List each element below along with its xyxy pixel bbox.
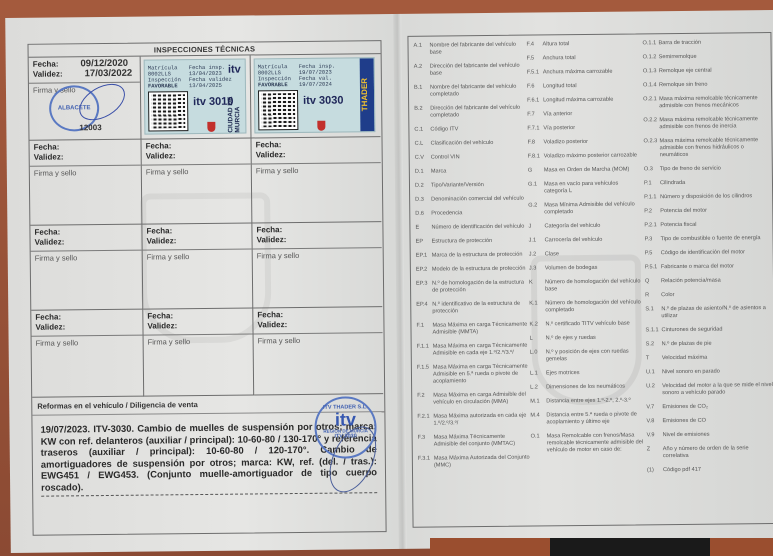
legend-description: Código ITV [430, 126, 526, 134]
validez-label: Validez: [147, 321, 177, 331]
legend-code: D.1 [415, 169, 431, 176]
legend-code: L.0 [530, 349, 546, 363]
legend-item: ENúmero de identificación del vehículo [415, 224, 527, 232]
legend-code: F.8 [528, 139, 544, 146]
legend-item: F.1.5Masa Máxima en carga Técnicamente A… [417, 364, 529, 386]
validez-row: Validez: [34, 152, 137, 163]
legend-description: Vía anterior [543, 110, 642, 118]
legend-item: S.1.1Cinturones de seguridad [645, 326, 773, 334]
legend-item: S.1N.º de plazas de asiento/N.º de asien… [645, 305, 773, 320]
legend-item: P.2Potencia del motor [644, 207, 772, 215]
legend-code: S.1.1 [645, 327, 661, 334]
legend-code: F.8.1 [528, 153, 544, 160]
legend-description: Semirremolque [659, 53, 771, 61]
legend-item: F.2.1Masa Máxima autorizada en cada eje … [417, 413, 529, 428]
itv-logo-icon: itv 3030 [303, 95, 343, 107]
firma-label: Firma y sello [142, 164, 251, 178]
legend-column-3: O.1.1Barra de tracciónO.1.2Semirremolque… [642, 39, 773, 481]
legend-code: (1) [647, 467, 663, 474]
legend-item: D.6Procedencia [415, 210, 527, 218]
legend-description: N.º de homologación de la estructura de … [432, 280, 528, 295]
legend-description: Distancia entre ejes 1.º-2.º, 2.º-3.º [546, 397, 645, 405]
legend-code: O.2.3 [644, 138, 660, 159]
legend-item: RColor [645, 291, 773, 299]
legend-description: Masa Máxima en carga Técnicamente Admisi… [433, 364, 529, 386]
legend-code: F.1.1 [417, 344, 433, 358]
sticker-brand: THADER [360, 58, 375, 131]
legend-code: EP.1 [416, 253, 432, 260]
legend-item: V.8Emisiones de CO [646, 417, 773, 425]
legend-item: U.2Velocidad del motor a la que se mide … [646, 382, 773, 397]
legend-item: B.2Dirección del fabricante del vehículo… [414, 105, 526, 120]
legend-description: Masa Máxima Técnicamente Admisible del c… [434, 434, 530, 449]
legend-description: Número y disposición de los cilindros [660, 193, 772, 201]
validez-row: Validez:17/03/2022 [33, 69, 136, 80]
legend-code: D.3 [415, 197, 431, 204]
legend-description: Masa Máxima en carga Técnicamente Admisi… [433, 343, 529, 358]
legend-code: B.2 [414, 106, 430, 120]
legend-description: Modelo de la estructura de protección [432, 266, 528, 274]
legend-item: F.1Masa Máxima en carga Técnicamente Adm… [416, 322, 528, 337]
fecha-label: Fecha: [146, 141, 172, 151]
legend-item: L.0N.º y posición de ejes con ruedas gem… [530, 348, 645, 363]
legend-description: Voladizo posterior [544, 138, 643, 146]
legend-description: Marca de la estructura de protección [432, 252, 528, 260]
legend-description: Tipo de freno de servicio [660, 165, 772, 173]
legend-code: G.2 [528, 202, 544, 216]
legend-item: F.5.1Anchura máxima carrozable [527, 68, 642, 76]
legend-description: Velocidad del motor a la que se mide el … [662, 382, 773, 397]
legend-code: EP.3 [416, 281, 432, 295]
legend-item: C.LClasificación del vehículo [415, 140, 527, 148]
legend-description: Emisiones de CO [662, 417, 773, 425]
itv-inspection-sticker: Matrícula8002LLSInspecciónFAVORABLEFecha… [254, 57, 376, 133]
legend-item: F.7.1Vía posterior [527, 124, 642, 132]
legend-description: Número de homologación del vehículo base [545, 278, 644, 293]
dashed-line [41, 492, 377, 497]
legend-code: O.1.1 [642, 40, 658, 47]
legend-code: Q [645, 278, 661, 285]
legend-code: O.1.4 [643, 82, 659, 89]
legend-item: C.1Código ITV [414, 126, 526, 134]
murcia-crest-icon [317, 121, 325, 131]
date-fields: Fecha:Validez: [30, 225, 141, 252]
inspection-cell: Fecha:Validez:Firma y sello [253, 307, 383, 395]
validez-label: Validez: [35, 237, 65, 247]
legend-item: O.2.1Masa máxima remolcable técnicamente… [643, 95, 771, 110]
date-fields: Fecha:Validez: [142, 223, 251, 250]
legend-item: M.4Distancia entre 5.ª rueda o pivote de… [530, 411, 645, 426]
legend-code: J [528, 223, 544, 230]
legend-description: Número de identificación del vehículo [431, 224, 527, 232]
legend-code: A.2 [414, 64, 430, 78]
legend-description: Categoría del vehículo [544, 222, 643, 230]
validez-row: Validez: [147, 321, 248, 332]
legend-item: P.2.1Potencia fiscal [644, 221, 772, 229]
legend-item: C.VControl VIN [415, 154, 527, 162]
validez-label: Validez: [35, 322, 65, 332]
legend-description: Relación potencia/masa [661, 277, 773, 285]
inspections-grid: Fecha:09/12/2020Validez:17/03/2022Firma … [29, 54, 385, 398]
legend-description: N.º certificado TITV vehículo base [545, 320, 644, 328]
legend-code: G.1 [528, 181, 544, 195]
legend-code: P.1 [644, 180, 660, 187]
legend-code: Z [647, 446, 663, 460]
date-fields: Fecha:Validez: [252, 222, 381, 249]
legend-code: M.1 [530, 398, 546, 405]
firma-label: Firma y sello [143, 249, 252, 263]
legend-description: Masa máxima remolcable técnicamente admi… [660, 137, 772, 159]
legend-code: J.2 [529, 251, 545, 258]
legend-item: D.3Denominación comercial del vehículo [415, 196, 527, 204]
legend-item: KNúmero de homologación del vehículo bas… [529, 278, 644, 293]
legend-item: O.2.2Masa máxima remolcable técnicamente… [643, 116, 771, 131]
reformas-section: Reformas en el vehículo / Diligencia de … [32, 394, 385, 537]
table-object [550, 538, 710, 556]
validez-row: Validez: [257, 234, 378, 245]
legend-code: O.1.3 [643, 68, 659, 75]
legend-item: V.9Nivel de emisiones [647, 431, 773, 439]
legend-description: Anchura total [543, 54, 642, 62]
legend-code: K.1 [529, 300, 545, 314]
validez-row: Validez: [35, 237, 138, 248]
legend-item: O.1.2Semirremolque [643, 53, 771, 61]
legend-column-2: F.4Altura totalF.5Anchura totalF.5.1Anch… [526, 40, 645, 461]
legend-description: Potencia del motor [660, 207, 772, 215]
fecha-label: Fecha: [257, 310, 283, 320]
legend-description: Altura total [542, 40, 641, 48]
validez-label: Validez: [256, 150, 286, 160]
legend-item: GMasa en Orden de Marcha (MOM) [528, 166, 643, 174]
legend-item: F.2Masa Máxima en carga Admisible del ve… [417, 392, 529, 407]
legend-item: O.1.3Remolque eje central [643, 67, 771, 75]
legend-item: O.1.1Barra de tracción [642, 39, 770, 47]
legend-code: V.8 [646, 418, 662, 425]
legend-description: Nombre del fabricante del vehículo compl… [430, 84, 526, 99]
legend-item: QRelación potencia/masa [645, 277, 773, 285]
validez-label: Validez: [34, 152, 64, 162]
legend-description: Velocidad máxima [662, 354, 773, 362]
legend-code: A.1 [414, 43, 430, 57]
validez-label: Validez: [33, 69, 63, 79]
validez-label: Validez: [257, 235, 287, 245]
legend-description: Cilindrada [660, 179, 772, 187]
legend-item: P.5Código de identificación del motor [645, 249, 773, 257]
validez-value: 17/03/2022 [85, 69, 133, 79]
legend-item: O.1.4Remolque sin freno [643, 81, 771, 89]
legend-code: P.1.1 [644, 194, 660, 201]
fields-legend-page: A.1Nombre del fabricante del vehículo ba… [407, 32, 773, 528]
legend-item: F.7Vía anterior [527, 110, 642, 118]
inspection-cell: Fecha:Validez:Firma y sello [251, 137, 381, 223]
legend-code: K.2 [529, 321, 545, 328]
murcia-crest-icon [207, 122, 215, 132]
legend-description: Número de homologación del vehículo comp… [545, 299, 644, 314]
inspection-cell: Fecha:09/12/2020Validez:17/03/2022Firma … [29, 57, 142, 141]
legend-description: Dirección del fabricante del vehículo ba… [430, 63, 526, 78]
legend-item: F.1.1Masa Máxima en carga Técnicamente A… [417, 343, 529, 358]
date-fields: Fecha:Validez: [142, 138, 251, 165]
legend-description: Longitud total [543, 82, 642, 90]
legend-item: P.1Cilindrada [644, 179, 772, 187]
validez-row: Validez: [257, 319, 378, 330]
legend-description: Longitud máxima carrozable [543, 96, 642, 104]
legend-code: F.6 [527, 83, 543, 90]
legend-item: F.3.1Masa Máxima Autorizada del Conjunto… [418, 455, 530, 470]
legend-item: O.2.3Masa máxima remolcable técnicamente… [644, 137, 772, 159]
inspection-cell: Matrícula8002LLSInspecciónFAVORABLEFecha… [251, 54, 381, 138]
legend-code: EP [416, 239, 432, 246]
legend-description: Masa Mínima Admisible del vehículo compl… [544, 201, 643, 216]
legend-description: N.º de plazas de pie [662, 340, 773, 348]
legend-item: ZAño y número de orden de la serie corre… [647, 445, 773, 460]
legend-description: Remolque eje central [659, 67, 771, 75]
inspection-cell: Fecha:Validez:Firma y sello [142, 138, 253, 224]
legend-item: F.4Altura total [526, 40, 641, 48]
legend-code: F.2 [417, 393, 433, 407]
legend-description: Denominación comercial del vehículo [431, 196, 527, 204]
validez-label: Validez: [146, 151, 176, 161]
legend-description: Fabricante o marca del motor [661, 263, 773, 271]
firma-label: Firma y sello [254, 333, 383, 347]
legend-description: Código de identificación del motor [661, 249, 773, 257]
legend-description: N.º y posición de ejes con ruedas gemela… [546, 348, 645, 363]
legend-description: N.º identificativo de la estructura de p… [432, 301, 528, 316]
legend-code: B.1 [414, 85, 430, 99]
legend-item: F.5Anchura total [527, 54, 642, 62]
validez-label: Validez: [147, 236, 177, 246]
legend-description: Voladizo máximo posterior carrozable [544, 152, 643, 160]
legend-code: O.2.2 [643, 117, 659, 131]
firma-label: Firma y sello [252, 163, 381, 177]
date-fields: Fecha:Validez: [253, 307, 382, 334]
legend-description: Masa Máxima autorizada en cada eje 1.º/2… [433, 413, 529, 428]
legend-code: F.3.1 [418, 456, 434, 470]
legend-code: S.2 [646, 341, 662, 348]
fecha-label: Fecha: [35, 312, 61, 322]
firma-label: Firma y sello [253, 248, 382, 262]
inspection-cell: Fecha:Validez:Firma y sello [252, 222, 382, 308]
legend-item: B.1Nombre del fabricante del vehículo co… [414, 84, 526, 99]
legend-code: V.7 [646, 404, 662, 411]
legend-item: D.1Marca [415, 168, 527, 176]
legend-code: C.L [415, 141, 431, 148]
date-fields: Fecha:09/12/2020Validez:17/03/2022 [29, 57, 140, 84]
inspection-cell: Fecha:Validez:Firma y sello [30, 225, 143, 311]
legend-code: F.3 [418, 435, 434, 449]
firma-label: Firma y sello [30, 166, 141, 180]
legend-code: EP.2 [416, 267, 432, 274]
legend-code: C.1 [414, 127, 430, 134]
legend-description: Masa Máxima en carga Técnicamente Admisi… [432, 322, 528, 337]
legend-item: O.1Masa Remolcable con frenos/Masa remol… [531, 432, 646, 454]
legend-description: Potencia fiscal [660, 221, 772, 229]
fecha-label: Fecha: [256, 225, 282, 235]
legend-item: A.1Nombre del fabricante del vehículo ba… [414, 42, 526, 57]
inspection-cell: Fecha:Validez:Firma y sello [30, 140, 143, 226]
legend-item: F.3Masa Máxima Técnicamente Admisible de… [418, 434, 530, 449]
legend-item: P.1.1Número y disposición de los cilindr… [644, 193, 772, 201]
legend-description: Procedencia [431, 210, 527, 218]
legend-code: F.7.1 [527, 125, 543, 132]
legend-code: G [528, 167, 544, 174]
legend-item: V.7Emisiones de CO₂ [646, 403, 773, 411]
legend-description: Control VIN [431, 154, 527, 162]
legend-item: S.2N.º de plazas de pie [646, 340, 773, 348]
legend-description: Dimensiones de los neumáticos [546, 383, 645, 391]
legend-item: P.5.1Fabricante o marca del motor [645, 263, 773, 271]
legend-description: Año y número de orden de la serie correl… [663, 445, 773, 460]
legend-code: U.1 [646, 369, 662, 376]
legend-description: Nombre del fabricante del vehículo base [430, 42, 526, 57]
legend-item: (1)Código pdf 417 [647, 466, 773, 474]
legend-item: J.3Volumen de bodegas [529, 264, 644, 272]
legend-description: Ejes motrices [546, 369, 645, 377]
vehicle-registration-document: INSPECCIONES TÉCNICAS Fecha:09/12/2020Va… [5, 10, 773, 553]
legend-code: K [529, 279, 545, 293]
legend-code: O.2.1 [643, 96, 659, 110]
legend-item: EP.2Modelo de la estructura de protecció… [416, 266, 528, 274]
legend-code: L [530, 335, 546, 342]
legend-item: M.1Distancia entre ejes 1.º-2.º, 2.º-3.º [530, 397, 645, 405]
legend-code: J.1 [529, 237, 545, 244]
legend-description: Barra de tracción [658, 39, 770, 47]
legend-description: Estructura de protección [432, 238, 528, 246]
legend-code: F.1.5 [417, 365, 433, 386]
legend-code: D.2 [415, 183, 431, 190]
legend-code: S.1 [645, 306, 661, 320]
legend-code: P.2 [644, 208, 660, 215]
legend-item: L.1Ejes motrices [530, 369, 645, 377]
legend-item: J.2Clase [529, 250, 644, 258]
legend-description: Masa en vacío para vehículos categoría L [544, 180, 643, 195]
legend-code: P.5.1 [645, 264, 661, 271]
legend-description: Masa máxima remolcable técnicamente admi… [659, 116, 771, 131]
legend-code: F.5 [527, 55, 543, 62]
date-fields: Fecha:Validez: [30, 140, 141, 167]
validez-label: Validez: [257, 320, 287, 330]
validez-row: Validez: [256, 149, 377, 160]
qr-code-icon [259, 91, 297, 129]
legend-code: C.V [415, 155, 431, 162]
legend-description: Clasificación del vehículo [431, 140, 527, 148]
legend-item: P.3Tipo de combustible o fuente de energ… [645, 235, 773, 243]
legend-description: Código pdf 417 [663, 466, 773, 474]
legend-description: Nivel de emisiones [663, 431, 773, 439]
sticker-city: CIUDAD DE MURCIA [227, 88, 241, 133]
qr-code-icon [149, 92, 187, 130]
legend-description: Tipo de combustible o fuente de energía [661, 235, 773, 243]
legend-item: EPEstructura de protección [416, 238, 528, 246]
legend-code: E [415, 225, 431, 232]
sticker-result: FAVORABLE [148, 82, 178, 89]
legend-item: TVelocidad máxima [646, 354, 773, 362]
legend-item: O.3Tipo de freno de servicio [644, 165, 772, 173]
stamp-number: 12003 [79, 123, 101, 132]
legend-column-1: A.1Nombre del fabricante del vehículo ba… [414, 42, 531, 477]
legend-code: F.7 [527, 111, 543, 118]
legend-code: V.9 [647, 432, 663, 439]
legend-code: L.1 [530, 370, 546, 377]
validez-row: Validez: [146, 151, 247, 162]
legend-item: A.2Dirección del fabricante del vehículo… [414, 63, 526, 78]
legend-description: Masa máxima remolcable técnicamente admi… [659, 95, 771, 110]
legend-description: Emisiones de CO₂ [662, 403, 773, 411]
legend-item: EP.4N.º identificativo de la estructura … [416, 301, 528, 316]
firma-label: Firma y sello [144, 334, 253, 348]
legend-description: Volumen de bodegas [545, 264, 644, 272]
inspections-page: INSPECCIONES TÉCNICAS Fecha:09/12/2020Va… [27, 40, 386, 536]
validez-row: Validez: [147, 236, 248, 247]
date-fields: Fecha:Validez: [251, 137, 380, 164]
fecha-label: Fecha: [146, 226, 172, 236]
legend-code: F.1 [416, 323, 432, 337]
legend-code: F.6.1 [527, 97, 543, 104]
itv-inspection-sticker: Matrícula8002LLSInspecciónFAVORABLEFecha… [144, 59, 247, 135]
legend-code: R [645, 292, 661, 299]
legend-description: Masa Máxima en carga Admisible del vehíc… [433, 392, 529, 407]
fecha-label: Fecha: [147, 311, 173, 321]
legend-code: D.6 [415, 211, 431, 218]
legend-code: J.3 [529, 265, 545, 272]
fecha-label: Fecha: [33, 59, 59, 69]
legend-item: U.1Nivel sonoro en parado [646, 368, 773, 376]
legend-item: F.8.1Voladizo máximo posterior carrozabl… [528, 152, 643, 160]
fecha-label: Fecha: [34, 142, 60, 152]
legend-item: D.2Tipo/Variante/Versión [415, 182, 527, 190]
legend-description: Dirección del fabricante del vehículo co… [430, 105, 526, 120]
legend-code: P.3 [645, 236, 661, 243]
legend-code: T [646, 355, 662, 362]
legend-description: Tipo/Variante/Versión [431, 182, 527, 190]
inspection-cell: Fecha:Validez:Firma y sello [142, 223, 253, 309]
firma-label: Firma y sello [32, 336, 143, 350]
legend-description: Masa en Orden de Marcha (MOM) [544, 166, 643, 174]
legend-item: EP.3N.º de homologación de la estructura… [416, 280, 528, 295]
legend-description: Nivel sonoro en parado [662, 368, 773, 376]
inspection-cell: Fecha:Validez:Firma y sello [143, 308, 254, 396]
legend-code: O.3 [644, 166, 660, 173]
page-fold [393, 14, 407, 549]
legend-code: M.4 [530, 412, 546, 426]
legend-code: F.5.1 [527, 69, 543, 76]
legend-code: F.2.1 [417, 414, 433, 428]
legend-item: J.1Carrocería del vehículo [529, 236, 644, 244]
legend-item: G.2Masa Mínima Admisible del vehículo co… [528, 201, 643, 216]
legend-description: Masa Máxima Autorizada del Conjunto (MMC… [434, 455, 530, 470]
legend-code: O.1.2 [643, 54, 659, 61]
date-fields: Fecha:Validez: [31, 310, 142, 337]
legend-description: Color [661, 291, 773, 299]
legend-description: Cinturones de seguridad [661, 326, 773, 334]
validez-row: Validez: [35, 322, 138, 333]
legend-item: G.1Masa en vacío para vehículos categorí… [528, 180, 643, 195]
legend-item: L.2Dimensiones de los neumáticos [530, 383, 645, 391]
legend-code: L.2 [530, 384, 546, 391]
legend-code: P.5 [645, 250, 661, 257]
legend-code: O.1 [531, 433, 547, 454]
legend-code: EP.4 [416, 302, 432, 316]
date-fields: Fecha:Validez: [143, 308, 252, 335]
legend-item: K.1Número de homologación del vehículo c… [529, 299, 644, 314]
inspection-cell: Fecha:Validez:Firma y sello [31, 310, 144, 398]
legend-description: Distancia entre 5.ª rueda o pivote de ac… [546, 411, 645, 426]
legend-item: LN.º de ejes y ruedas [530, 334, 645, 342]
legend-item: F.8Voladizo posterior [528, 138, 643, 146]
legend-item: K.2N.º certificado TITV vehículo base [529, 320, 644, 328]
legend-description: Carrocería del vehículo [545, 236, 644, 244]
legend-code: F.4 [526, 41, 542, 48]
